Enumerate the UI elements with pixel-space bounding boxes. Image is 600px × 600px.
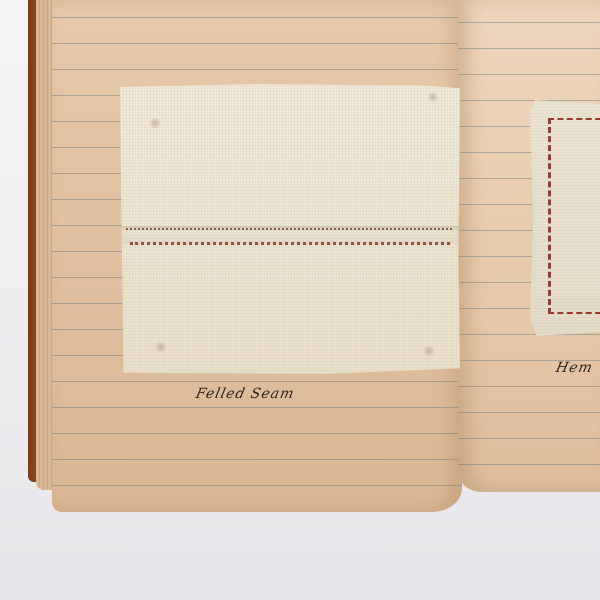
photo-scene: Felled Seam Hem	[0, 0, 600, 600]
seam-stitch-line	[126, 228, 452, 230]
hem-caption: Hem	[554, 360, 594, 376]
fabric-knot	[422, 346, 436, 356]
hem-swatch	[530, 100, 600, 336]
fabric-knot	[148, 118, 162, 128]
hem-stitch-border	[548, 118, 600, 314]
felled-seam-swatch	[120, 84, 460, 374]
felled-seam-caption: Felled Seam	[194, 386, 296, 402]
fabric-knot	[426, 92, 440, 102]
seam-stitches	[130, 242, 450, 245]
fabric-knot	[154, 342, 168, 352]
